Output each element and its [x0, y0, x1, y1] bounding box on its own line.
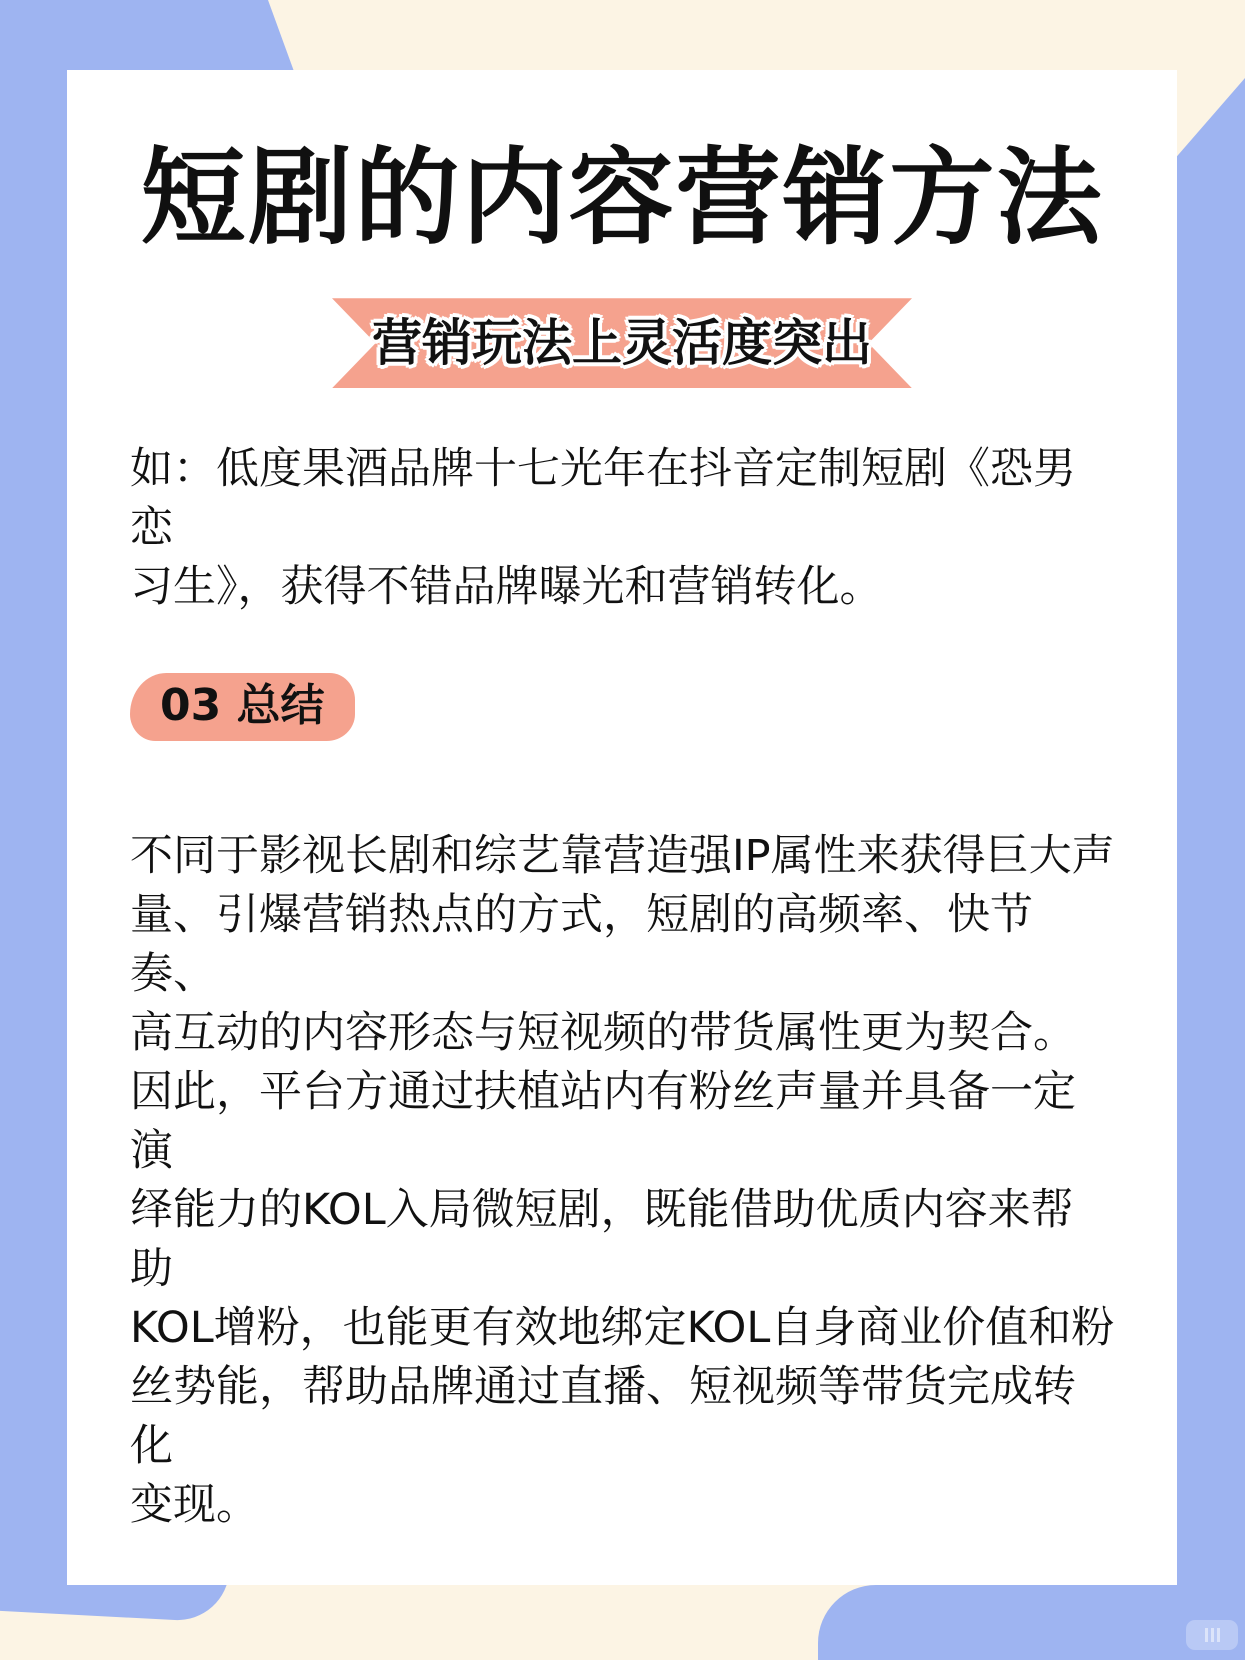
section-badge: 03 总结	[130, 673, 355, 741]
blue-corner-bottom-right	[818, 1585, 1245, 1660]
subtitle-ribbon: 营销玩法上灵活度突出	[332, 298, 912, 388]
page-title: 短剧的内容营销方法	[67, 142, 1177, 252]
subtitle-ribbon-label: 营销玩法上灵活度突出	[372, 298, 872, 388]
content-card: 短剧的内容营销方法 营销玩法上灵活度突出 如：低度果酒品牌十七光年在抖音定制短剧…	[67, 70, 1177, 1585]
poster-canvas: { "poster": { "title": "短剧的内容营销方法", "rib…	[0, 0, 1245, 1660]
body-paragraph: 不同于影视长剧和综艺靠营造强IP属性来获得巨大声 量、引爆营销热点的方式，短剧的…	[130, 827, 1115, 1535]
example-paragraph: 如：低度果酒品牌十七光年在抖音定制短剧《恐男恋 习生》，获得不错品牌曝光和营销转…	[130, 440, 1115, 617]
watermark-logo	[1186, 1620, 1238, 1650]
